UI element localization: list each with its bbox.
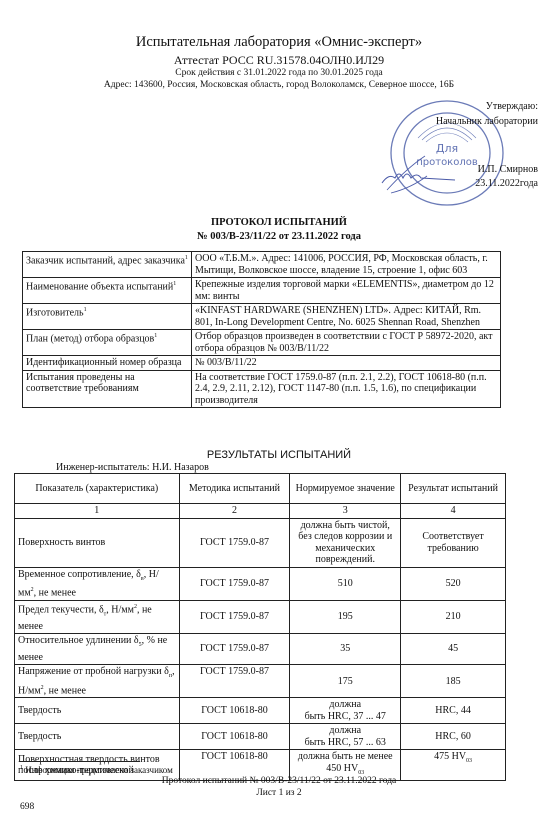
footnote-ref: 1 [154,333,157,339]
info-value: На соответствие ГОСТ 1759.0-87 (п.п. 2.1… [192,370,501,408]
param: Относительное удлинении δ5, % не менее [15,634,180,665]
header-row: Показатель (характеристика) Методика исп… [15,474,506,504]
result: HRC, 60 [401,724,506,750]
footnote-divider [20,761,140,762]
table-row: Идентификационный номер образца № 003/В/… [23,356,501,371]
param: Предел текучести, δт, Н/мм2, не менее [15,600,180,633]
column-number-row: 1 2 3 4 [15,504,506,519]
method: ГОСТ 1759.0-87 [179,634,290,665]
method: ГОСТ 10618-80 [179,698,290,724]
column-number: 1 [15,504,180,519]
lab-address: Адрес: 143600, Россия, Московская област… [0,80,558,90]
validity-period: Срок действия с 31.01.2022 года по 30.01… [0,68,558,78]
method: ГОСТ 1759.0-87 [179,567,290,600]
param: Твердость [15,698,180,724]
info-key: Изготовитель [26,307,84,318]
approver-name: И.П. Смирнов [478,164,538,175]
result: HRC, 44 [401,698,506,724]
footnote: 1 Информация представлена заказчиком [20,765,173,775]
table-row: Относительное удлинении δ5, % не менее Г… [15,634,506,665]
result: Соответствует требованию [401,518,506,567]
footnote-ref: 1 [173,281,176,287]
approver-position: Начальник лаборатории [436,116,538,127]
approval-date: 23.11.2022года [475,178,538,189]
table-row: Заказчик испытаний, адрес заказчика1 ООО… [23,252,501,278]
info-value: ООО «Т.Б.М.». Адрес: 141006, РОССИЯ, РФ,… [192,252,501,278]
table-row: Предел текучести, δт, Н/мм2, не менее ГО… [15,600,506,633]
info-value: «KINFAST HARDWARE (SHENZHEN) LTD». Адрес… [192,304,501,330]
param: Временное сопротивление, δв, Н/мм2, не м… [15,567,180,600]
table-row: Временное сопротивление, δв, Н/мм2, не м… [15,567,506,600]
method: ГОСТ 1759.0-87 [179,600,290,633]
footer-sheet: Лист 1 из 2 [0,788,558,798]
param: Твердость [15,724,180,750]
footnote-ref: 1 [185,255,188,261]
results-title: РЕЗУЛЬТАТЫ ИСПЫТАНИЙ [0,449,558,461]
param: Поверхность винтов [15,518,180,567]
table-row: Поверхность винтов ГОСТ 1759.0-87 должна… [15,518,506,567]
signature-icon [377,148,457,198]
column-header: Показатель (характеристика) [15,474,180,504]
table-row: Наименование объекта испытаний1 Крепежны… [23,278,501,304]
info-key: План (метод) отбора образцов [26,333,154,344]
footer-protocol-ref: Протокол испытаний № 003/В-23/11/22 от 2… [0,776,558,786]
table-row: Изготовитель1 «KINFAST HARDWARE (SHENZHE… [23,304,501,330]
norm: должнабыть HRC, 57 ... 63 [290,724,401,750]
norm: 35 [290,634,401,665]
protocol-number: № 003/В-23/11/22 от 23.11.2022 года [0,231,558,242]
table-row: Твердость ГОСТ 10618-80 должнабыть HRC, … [15,724,506,750]
norm: 175 [290,665,401,698]
info-value: Крепежные изделия торговой марки «ELEMEN… [192,278,501,304]
info-key: Идентификационный номер образца [23,356,192,371]
table-row: Твердость ГОСТ 10618-80 должнабыть HRC, … [15,698,506,724]
table-row: Напряжение от пробной нагрузки δп, Н/мм2… [15,665,506,698]
table-row: План (метод) отбора образцов1 Отбор обра… [23,330,501,356]
column-number: 4 [401,504,506,519]
result: 210 [401,600,506,633]
engineer: Инженер-испытатель: Н.И. Назаров [56,462,209,473]
column-number: 3 [290,504,401,519]
approve-label: Утверждаю: [486,101,538,112]
norm: должна быть чистой, без следов коррозии … [290,518,401,567]
norm: 195 [290,600,401,633]
info-key: Заказчик испытаний, адрес заказчика [26,255,185,266]
column-header: Нормируемое значение [290,474,401,504]
column-header: Методика испытаний [179,474,290,504]
lab-name: Испытательная лаборатория «Омнис-эксперт… [0,34,558,51]
method: ГОСТ 1759.0-87 [179,665,290,698]
column-header: Результат испытаний [401,474,506,504]
result: 185 [401,665,506,698]
protocol-title: ПРОТОКОЛ ИСПЫТАНИЙ [0,217,558,228]
result: 45 [401,634,506,665]
info-value: Отбор образцов произведен в соответствии… [192,330,501,356]
method: ГОСТ 1759.0-87 [179,518,290,567]
results-table: Показатель (характеристика) Методика исп… [14,473,506,781]
attestat: Аттестат РОСС RU.31578.04ОЛН0.ИЛ29 [0,53,558,68]
column-number: 2 [179,504,290,519]
table-row: Испытания проведены на соответствие треб… [23,370,501,408]
footnote-ref: 1 [84,307,87,313]
method: ГОСТ 10618-80 [179,724,290,750]
info-key: Испытания проведены на соответствие треб… [23,370,192,408]
page-number: 698 [20,802,34,812]
info-value: № 003/В/11/22 [192,356,501,371]
param: Напряжение от пробной нагрузки δп, Н/мм2… [15,665,180,698]
info-key: Наименование объекта испытаний [26,281,173,292]
info-table: Заказчик испытаний, адрес заказчика1 ООО… [22,251,501,408]
result: 520 [401,567,506,600]
norm: должнабыть HRC, 37 ... 47 [290,698,401,724]
norm: 510 [290,567,401,600]
